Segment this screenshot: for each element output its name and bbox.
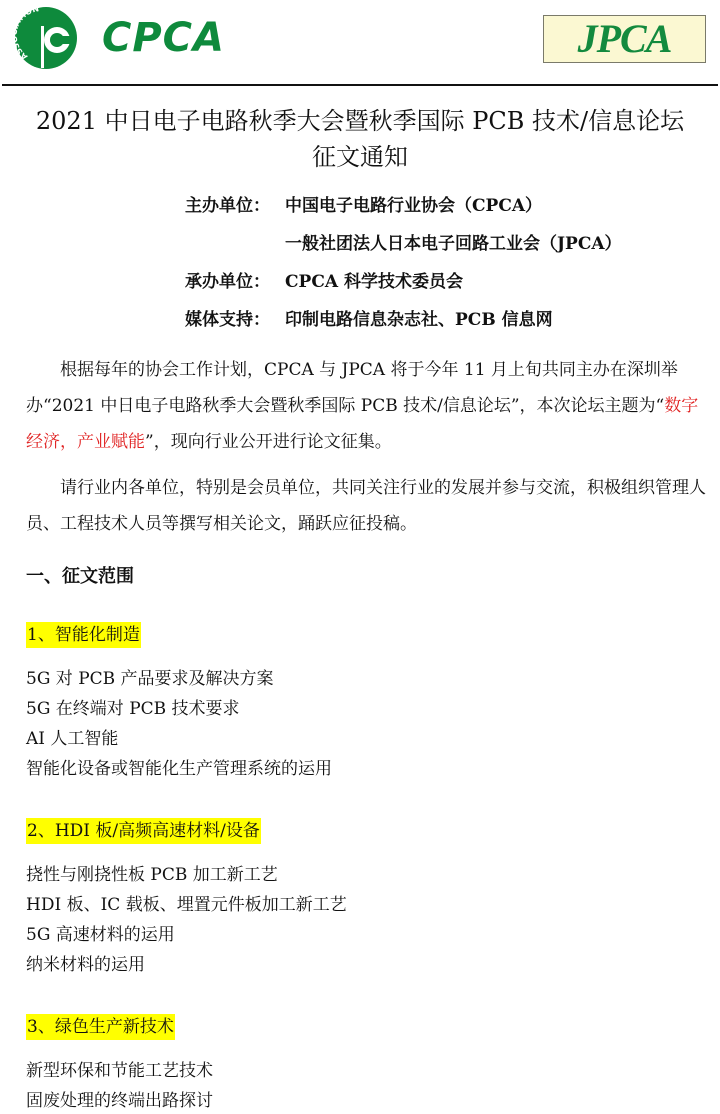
- document-header: ASSOCIATION CPCA JPCA: [0, 0, 720, 90]
- invitation-text: 请行业内各单位，特别是会员单位，共同关注行业的发展并参与交流，积极组织管理人员、…: [26, 470, 706, 542]
- topic-green-production: 3、绿色生产新技术 新型环保和节能工艺技术 固废处理的终端出路探讨: [26, 1014, 213, 1114]
- topic-list: 5G 对 PCB 产品要求及解决方案 5G 在终端对 PCB 技术要求 AI 人…: [26, 664, 332, 784]
- list-item: 挠性与刚挠性板 PCB 加工新工艺: [26, 860, 347, 890]
- organizer-row-cohost: 一般社团法人日本电子回路工业会（JPCA）: [185, 225, 622, 263]
- header-divider: [2, 84, 718, 86]
- organizer-value: 一般社团法人日本电子回路工业会（JPCA）: [285, 225, 622, 263]
- list-item: 5G 对 PCB 产品要求及解决方案: [26, 664, 332, 694]
- organizer-value: 中国电子电路行业协会（CPCA）: [285, 187, 542, 225]
- organizer-value: CPCA 科学技术委员会: [285, 263, 463, 301]
- organizer-label: 主办单位：: [185, 187, 285, 225]
- section-heading-scope: 一、征文范围: [26, 562, 134, 592]
- organizer-row-host: 主办单位： 中国电子电路行业协会（CPCA）: [185, 187, 622, 225]
- title-line-1: 2021 中日电子电路秋季大会暨秋季国际 PCB 技术/信息论坛: [0, 103, 720, 139]
- organizer-label: 承办单位：: [185, 263, 285, 301]
- topic-list: 新型环保和节能工艺技术 固废处理的终端出路探讨: [26, 1056, 213, 1114]
- topic-list: 挠性与刚挠性板 PCB 加工新工艺 HDI 板、IC 载板、埋置元件板加工新工艺…: [26, 860, 347, 980]
- list-item: 固废处理的终端出路探讨: [26, 1086, 213, 1114]
- intro-paragraph-1: 根据每年的协会工作计划，CPCA 与 JPCA 将于今年 11 月上旬共同主办在…: [26, 352, 706, 460]
- list-item: HDI 板、IC 载板、埋置元件板加工新工艺: [26, 890, 347, 920]
- jpca-wordmark: JPCA: [578, 17, 672, 61]
- list-item: 5G 在终端对 PCB 技术要求: [26, 694, 332, 724]
- organizer-row-undertaker: 承办单位： CPCA 科学技术委员会: [185, 263, 622, 301]
- organizer-label: 媒体支持：: [185, 301, 285, 339]
- topic-title: 1、智能化制造: [26, 622, 141, 648]
- list-item: AI 人工智能: [26, 724, 332, 754]
- topic-title: 3、绿色生产新技术: [26, 1014, 175, 1040]
- intro-text-end: ”，现向行业公开进行论文征集。: [145, 432, 392, 452]
- list-item: 新型环保和节能工艺技术: [26, 1056, 213, 1086]
- intro-text: 根据每年的协会工作计划，CPCA 与 JPCA 将于今年 11 月上旬共同主办在…: [26, 360, 678, 416]
- list-item: 纳米材料的运用: [26, 950, 347, 980]
- title-line-2: 征文通知: [0, 139, 720, 175]
- list-item: 智能化设备或智能化生产管理系统的运用: [26, 754, 332, 784]
- topic-title: 2、HDI 板/高频高速材料/设备: [26, 818, 261, 844]
- organizer-row-media: 媒体支持： 印制电路信息杂志社、PCB 信息网: [185, 301, 622, 339]
- organizers-block: 主办单位： 中国电子电路行业协会（CPCA） 一般社团法人日本电子回路工业会（J…: [185, 187, 622, 339]
- topic-smart-manufacturing: 1、智能化制造 5G 对 PCB 产品要求及解决方案 5G 在终端对 PCB 技…: [26, 622, 332, 784]
- organizer-label: [185, 225, 285, 263]
- jpca-logo: JPCA: [543, 15, 706, 63]
- organizer-value: 印制电路信息杂志社、PCB 信息网: [285, 301, 553, 339]
- cpca-emblem-icon: ASSOCIATION: [14, 6, 78, 70]
- cpca-logo: ASSOCIATION CPCA: [14, 6, 264, 68]
- topic-hdi-materials: 2、HDI 板/高频高速材料/设备 挠性与刚挠性板 PCB 加工新工艺 HDI …: [26, 818, 347, 980]
- list-item: 5G 高速材料的运用: [26, 920, 347, 950]
- page-title: 2021 中日电子电路秋季大会暨秋季国际 PCB 技术/信息论坛 征文通知: [0, 103, 720, 175]
- intro-paragraph-2: 请行业内各单位，特别是会员单位，共同关注行业的发展并参与交流，积极组织管理人员、…: [26, 470, 706, 542]
- cpca-wordmark: CPCA: [102, 16, 225, 60]
